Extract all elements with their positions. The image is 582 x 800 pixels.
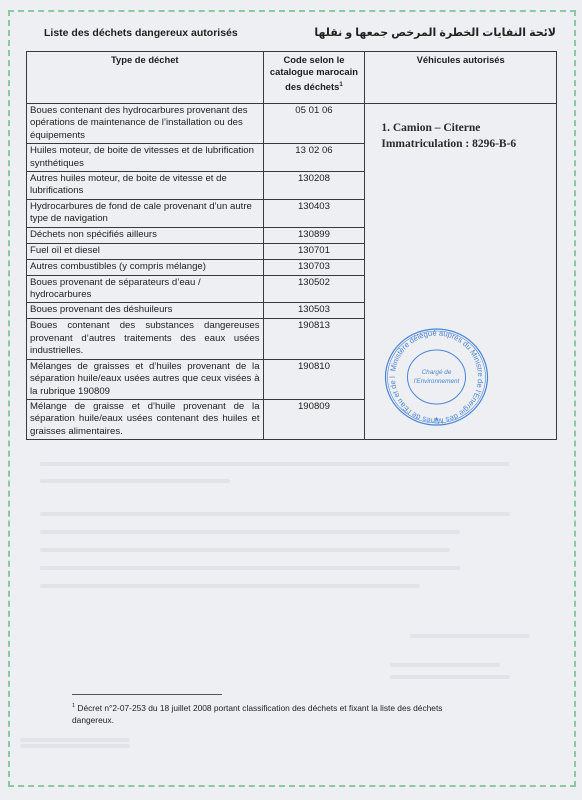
stamp-outer-text: Ministère délégué auprès du Ministre de … bbox=[383, 327, 485, 426]
waste-type: Huiles moteur, de boite de vitesses et d… bbox=[27, 144, 264, 172]
stamp-inner-line1: Chargé de bbox=[422, 369, 452, 376]
page-title-arabic: لائحة النفايات الخطرة المرخص جمعها و نقل… bbox=[314, 26, 556, 39]
waste-type: Autres huiles moteur, de boite de vitess… bbox=[27, 172, 264, 200]
footnote-divider bbox=[72, 694, 222, 695]
waste-code: 130701 bbox=[263, 243, 365, 259]
waste-type: Boues contenant des substances dangereus… bbox=[27, 319, 264, 359]
column-header-vehicles: Véhicules autorisés bbox=[365, 52, 557, 104]
waste-type: Boues contenant des hydrocarbures proven… bbox=[27, 104, 264, 144]
column-header-code: Code selon le catalogue marocain des déc… bbox=[263, 52, 365, 104]
footnote: 1 Décret n°2-07-253 du 18 juillet 2008 p… bbox=[72, 700, 472, 726]
footnote-ref: 1 bbox=[339, 82, 342, 88]
vehicle-registration: Immatriculation : 8296-B-6 bbox=[381, 136, 516, 152]
waste-code: 130403 bbox=[263, 199, 365, 227]
waste-code: 130703 bbox=[263, 259, 365, 275]
waste-type: Boues provenant des déshuileurs bbox=[27, 303, 264, 319]
waste-code: 13 02 06 bbox=[263, 144, 365, 172]
stamp-inner-line2: l'Environnement bbox=[414, 378, 460, 385]
waste-type: Déchets non spécifiés ailleurs bbox=[27, 227, 264, 243]
waste-code: 130899 bbox=[263, 227, 365, 243]
waste-code: 05 01 06 bbox=[263, 104, 365, 144]
table-row: Boues contenant des hydrocarbures proven… bbox=[27, 104, 557, 144]
table-header-row: Type de déchet Code selon le catalogue m… bbox=[27, 52, 557, 104]
waste-code: 190809 bbox=[263, 399, 365, 439]
waste-type: Fuel oïl et diesel bbox=[27, 243, 264, 259]
waste-code: 190810 bbox=[263, 359, 365, 399]
waste-code: 130502 bbox=[263, 275, 365, 303]
waste-code: 130503 bbox=[263, 303, 365, 319]
waste-code: 130208 bbox=[263, 172, 365, 200]
column-header-code-label: Code selon le catalogue marocain des déc… bbox=[270, 54, 358, 92]
vehicle-type: 1. Camion – Citerne bbox=[381, 120, 516, 136]
column-header-type: Type de déchet bbox=[27, 52, 264, 104]
official-stamp: Ministère délégué auprès du Ministre de … bbox=[383, 327, 490, 427]
page-title-french: Liste des déchets dangereux autorisés bbox=[44, 27, 238, 39]
star-icon: ★ bbox=[434, 416, 439, 423]
footnote-text: Décret n°2-07-253 du 18 juillet 2008 por… bbox=[72, 703, 442, 725]
waste-code: 190813 bbox=[263, 319, 365, 359]
waste-type: Autres combustibles (y compris mélange) bbox=[27, 259, 264, 275]
waste-type: Boues provenant de séparateurs d’eau / h… bbox=[27, 275, 264, 303]
waste-type: Hydrocarbures de fond de cale provenant … bbox=[27, 199, 264, 227]
waste-type: Mélange de graisse et d’huile provenant … bbox=[27, 399, 264, 439]
waste-type: Mélanges de graisses et d’huiles provena… bbox=[27, 359, 264, 399]
vehicle-info: 1. Camion – Citerne Immatriculation : 82… bbox=[381, 120, 516, 152]
